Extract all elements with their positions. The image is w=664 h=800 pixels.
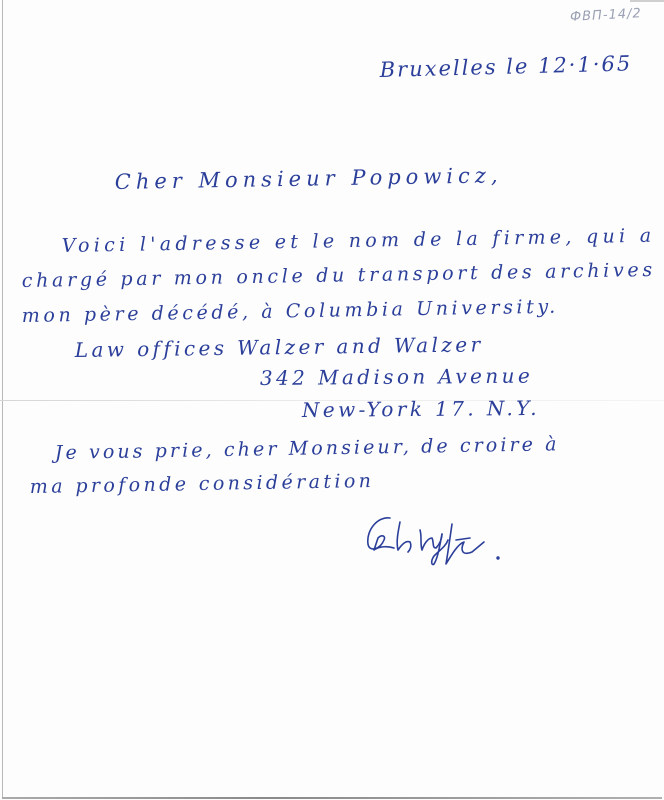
- closing-line-2: ma profonde considération: [30, 470, 375, 498]
- address-line-2: 342 Madison Avenue: [260, 364, 533, 390]
- letter-salutation: Cher Monsieur Popowicz,: [115, 163, 503, 194]
- letter-date: Bruxelles le 12·1·65: [379, 51, 632, 82]
- body-line-3: mon père décédé, à Columbia University.: [22, 296, 559, 327]
- letter-page: ФВП-14/2 Bruxelles le 12·1·65 Cher Monsi…: [0, 0, 664, 800]
- address-line-1: Law offices Walzer and Walzer: [75, 332, 484, 362]
- archive-reference-mark: ФВП-14/2: [570, 6, 642, 25]
- address-line-3: New-York 17. N.Y.: [302, 396, 540, 422]
- body-line-2: chargé par mon oncle du transport des ar…: [22, 258, 664, 292]
- body-line-1: Voici l'adresse et le nom de la firme, q…: [62, 224, 664, 257]
- signature-icon: [360, 510, 510, 570]
- scan-edge-bottom: [2, 797, 662, 799]
- scan-edge-left: [2, 0, 3, 798]
- closing-line-1: Je vous prie, cher Monsieur, de croire à: [55, 433, 560, 464]
- scan-edge-top: [630, 0, 664, 2]
